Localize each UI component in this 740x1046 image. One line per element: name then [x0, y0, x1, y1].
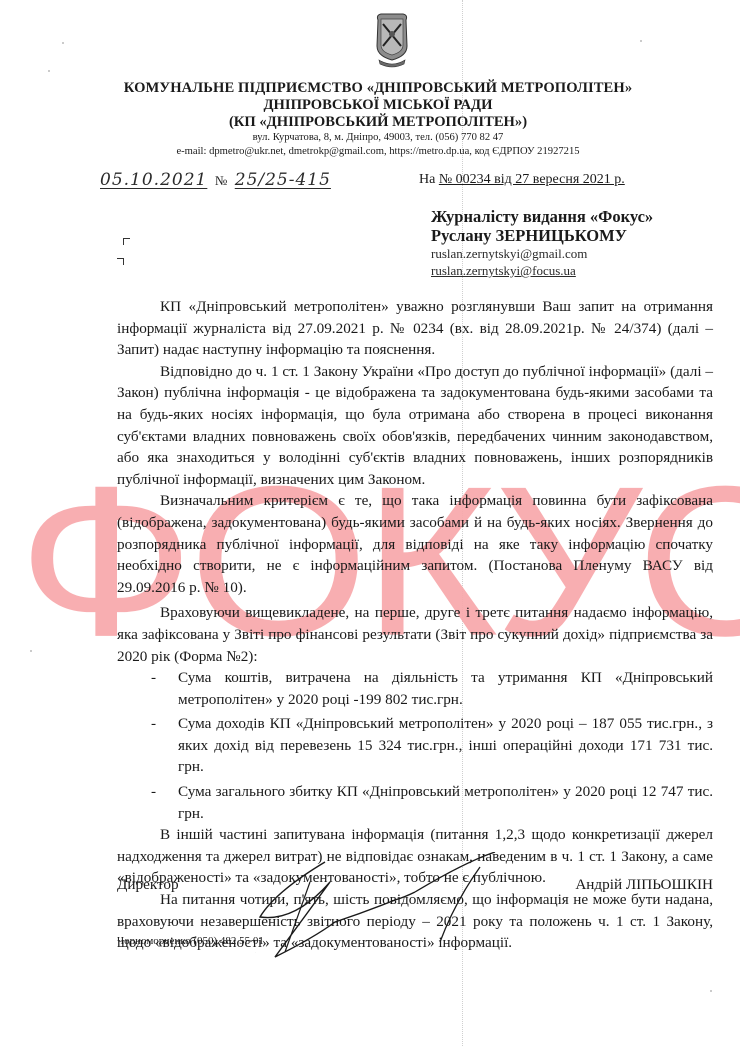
dnipro-coat-of-arms-icon — [373, 12, 411, 70]
address-corner-mark-bottom — [117, 258, 124, 265]
handwritten-signature-icon — [255, 852, 525, 962]
recipient-name: Руслану ЗЕРНИЦЬКОМУ — [431, 226, 653, 245]
org-name-line1: КОМУНАЛЬНЕ ПІДПРИЄМСТВО «ДНІПРОВСЬКИЙ МЕ… — [8, 80, 740, 97]
scan-speck — [48, 70, 50, 72]
org-name-line3: (КП «ДНІПРОВСЬКИЙ МЕТРОПОЛІТЕН») — [8, 114, 740, 131]
reply-reference: На № 00234 від 27 вересня 2021 р. — [419, 172, 625, 188]
executor-contact: Чорноморченко (050) 482 55 01 — [117, 935, 264, 947]
letter-page: КОМУНАЛЬНЕ ПІДПРИЄМСТВО «ДНІПРОВСЬКИЙ МЕ… — [0, 0, 740, 1046]
number-sign: № — [215, 173, 227, 188]
outgoing-date: 05.10.2021 — [100, 170, 207, 190]
scan-speck — [710, 990, 712, 992]
outgoing-number: 25/25-415 — [235, 170, 331, 190]
org-contacts: e-mail: dpmetro@ukr.net, dmetrokp@gmail.… — [8, 146, 740, 157]
financial-figures-list: Сума коштів, витрачена на діяльність та … — [117, 667, 713, 824]
scan-speck — [62, 42, 64, 44]
list-item-loss: Сума загального збитку КП «Дніпровський … — [178, 781, 713, 824]
scan-speck — [640, 40, 642, 42]
reply-prefix: На — [419, 172, 435, 187]
paragraph-intro: КП «Дніпровський метрополітен» уважно ро… — [117, 296, 713, 361]
signatory-name: Андрій ЛІПЬОШКІН — [575, 876, 713, 894]
paragraph-financial-intro: Враховуючи вищевикладене, на перше, друг… — [117, 602, 713, 667]
reply-reference-number: № 00234 від 27 вересня 2021 р. — [439, 172, 625, 187]
recipient-position: Журналісту видання «Фокус» — [431, 207, 653, 226]
list-item-revenue: Сума доходів КП «Дніпровський метрополіт… — [178, 713, 713, 778]
recipient-email-focus[interactable]: ruslan.zernytskyi@focus.ua — [431, 262, 653, 279]
recipient-block: Журналісту видання «Фокус» Руслану ЗЕРНИ… — [431, 207, 653, 279]
address-corner-mark-top — [123, 238, 130, 245]
outgoing-registration: 05.10.2021 № 25/25-415 — [100, 170, 331, 190]
paragraph-criterion: Визначальним критерієм є те, що така інф… — [117, 490, 713, 598]
org-name-line2: ДНІПРОВСЬКОЇ МІСЬКОЇ РАДИ — [8, 97, 740, 114]
recipient-email-gmail[interactable]: ruslan.zernytskyi@gmail.com — [431, 245, 653, 262]
paragraph-law-definition: Відповідно до ч. 1 ст. 1 Закону України … — [117, 361, 713, 491]
signatory-title: Директор — [117, 876, 179, 894]
org-address: вул. Курчатова, 8, м. Дніпро, 49003, тел… — [8, 132, 740, 143]
list-item-expenses: Сума коштів, витрачена на діяльність та … — [178, 667, 713, 710]
